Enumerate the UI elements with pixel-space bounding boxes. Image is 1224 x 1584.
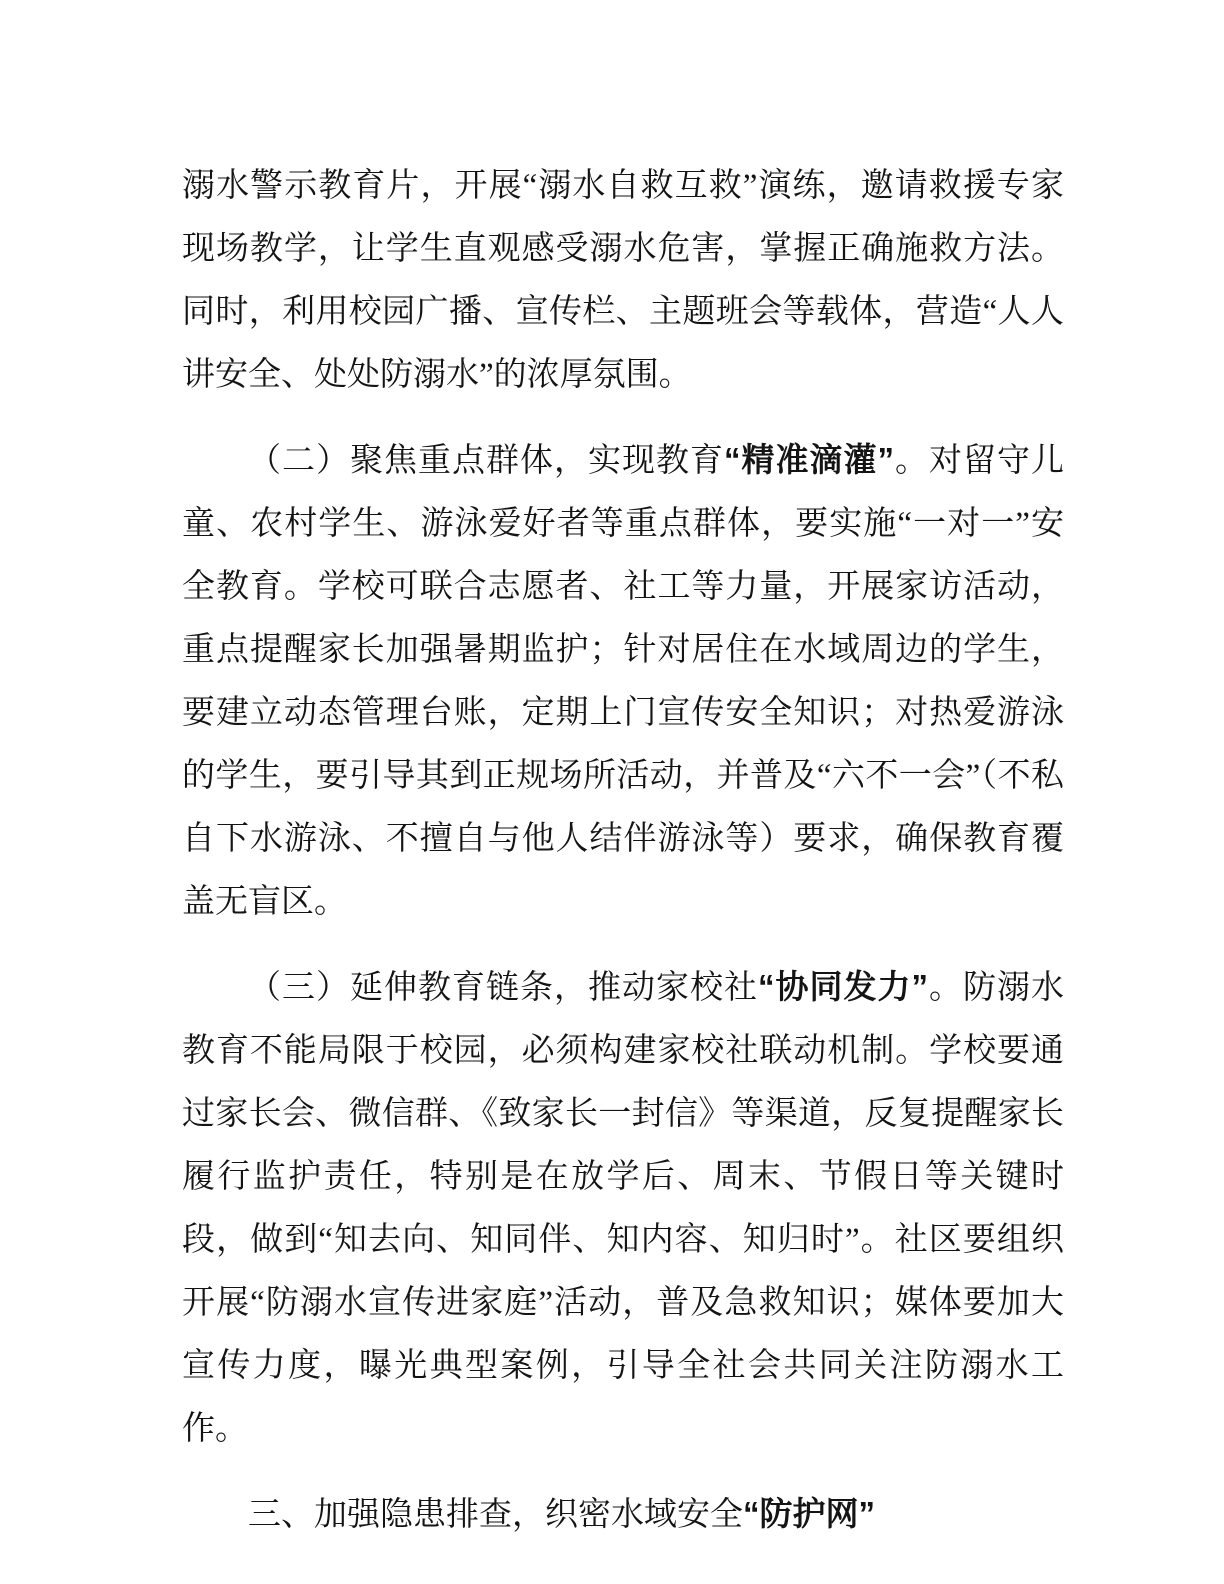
paragraph-section-2: （二）聚焦重点群体，实现教育“精准滴灌”。对留守儿童、农村学生、游泳爱好者等重点…	[182, 428, 1064, 934]
paragraph-section-3: （三）延伸教育链条，推动家校社“协同发力”。防溺水教育不能局限于校园，必须构建家…	[182, 955, 1064, 1461]
text-run: （二）聚焦重点群体，实现教育	[248, 443, 724, 479]
text-run: 。防溺水教育不能局限于校园，必须构建家校社联动机制。学校要通过家长会、微信群、《…	[182, 970, 1064, 1447]
section-heading: 三、加强隐患排查，织密水域安全“防护网”	[182, 1482, 1064, 1547]
document-page: 溺水警示教育片，开展“溺水自救互救”演练，邀请救援专家现场教学，让学生直观感受溺…	[0, 0, 1224, 1584]
text-run: （三）延伸教育链条，推动家校社	[248, 970, 758, 1006]
text-run: 溺水警示教育片，开展“溺水自救互救”演练，邀请救援专家现场教学，让学生直观感受溺…	[182, 168, 1064, 393]
text-run: 。对留守儿童、农村学生、游泳爱好者等重点群体，要实施“一对一”安全教育。学校可联…	[182, 443, 1064, 920]
heading-emphasis-run: “防护网”	[743, 1495, 875, 1532]
emphasis-run: “精准滴灌”	[724, 441, 894, 478]
emphasis-run: “协同发力”	[758, 968, 928, 1005]
heading-text-run: 三、加强隐患排查，织密水域安全	[248, 1497, 743, 1533]
paragraph-continuation: 溺水警示教育片，开展“溺水自救互救”演练，邀请救援专家现场教学，让学生直观感受溺…	[182, 155, 1064, 407]
